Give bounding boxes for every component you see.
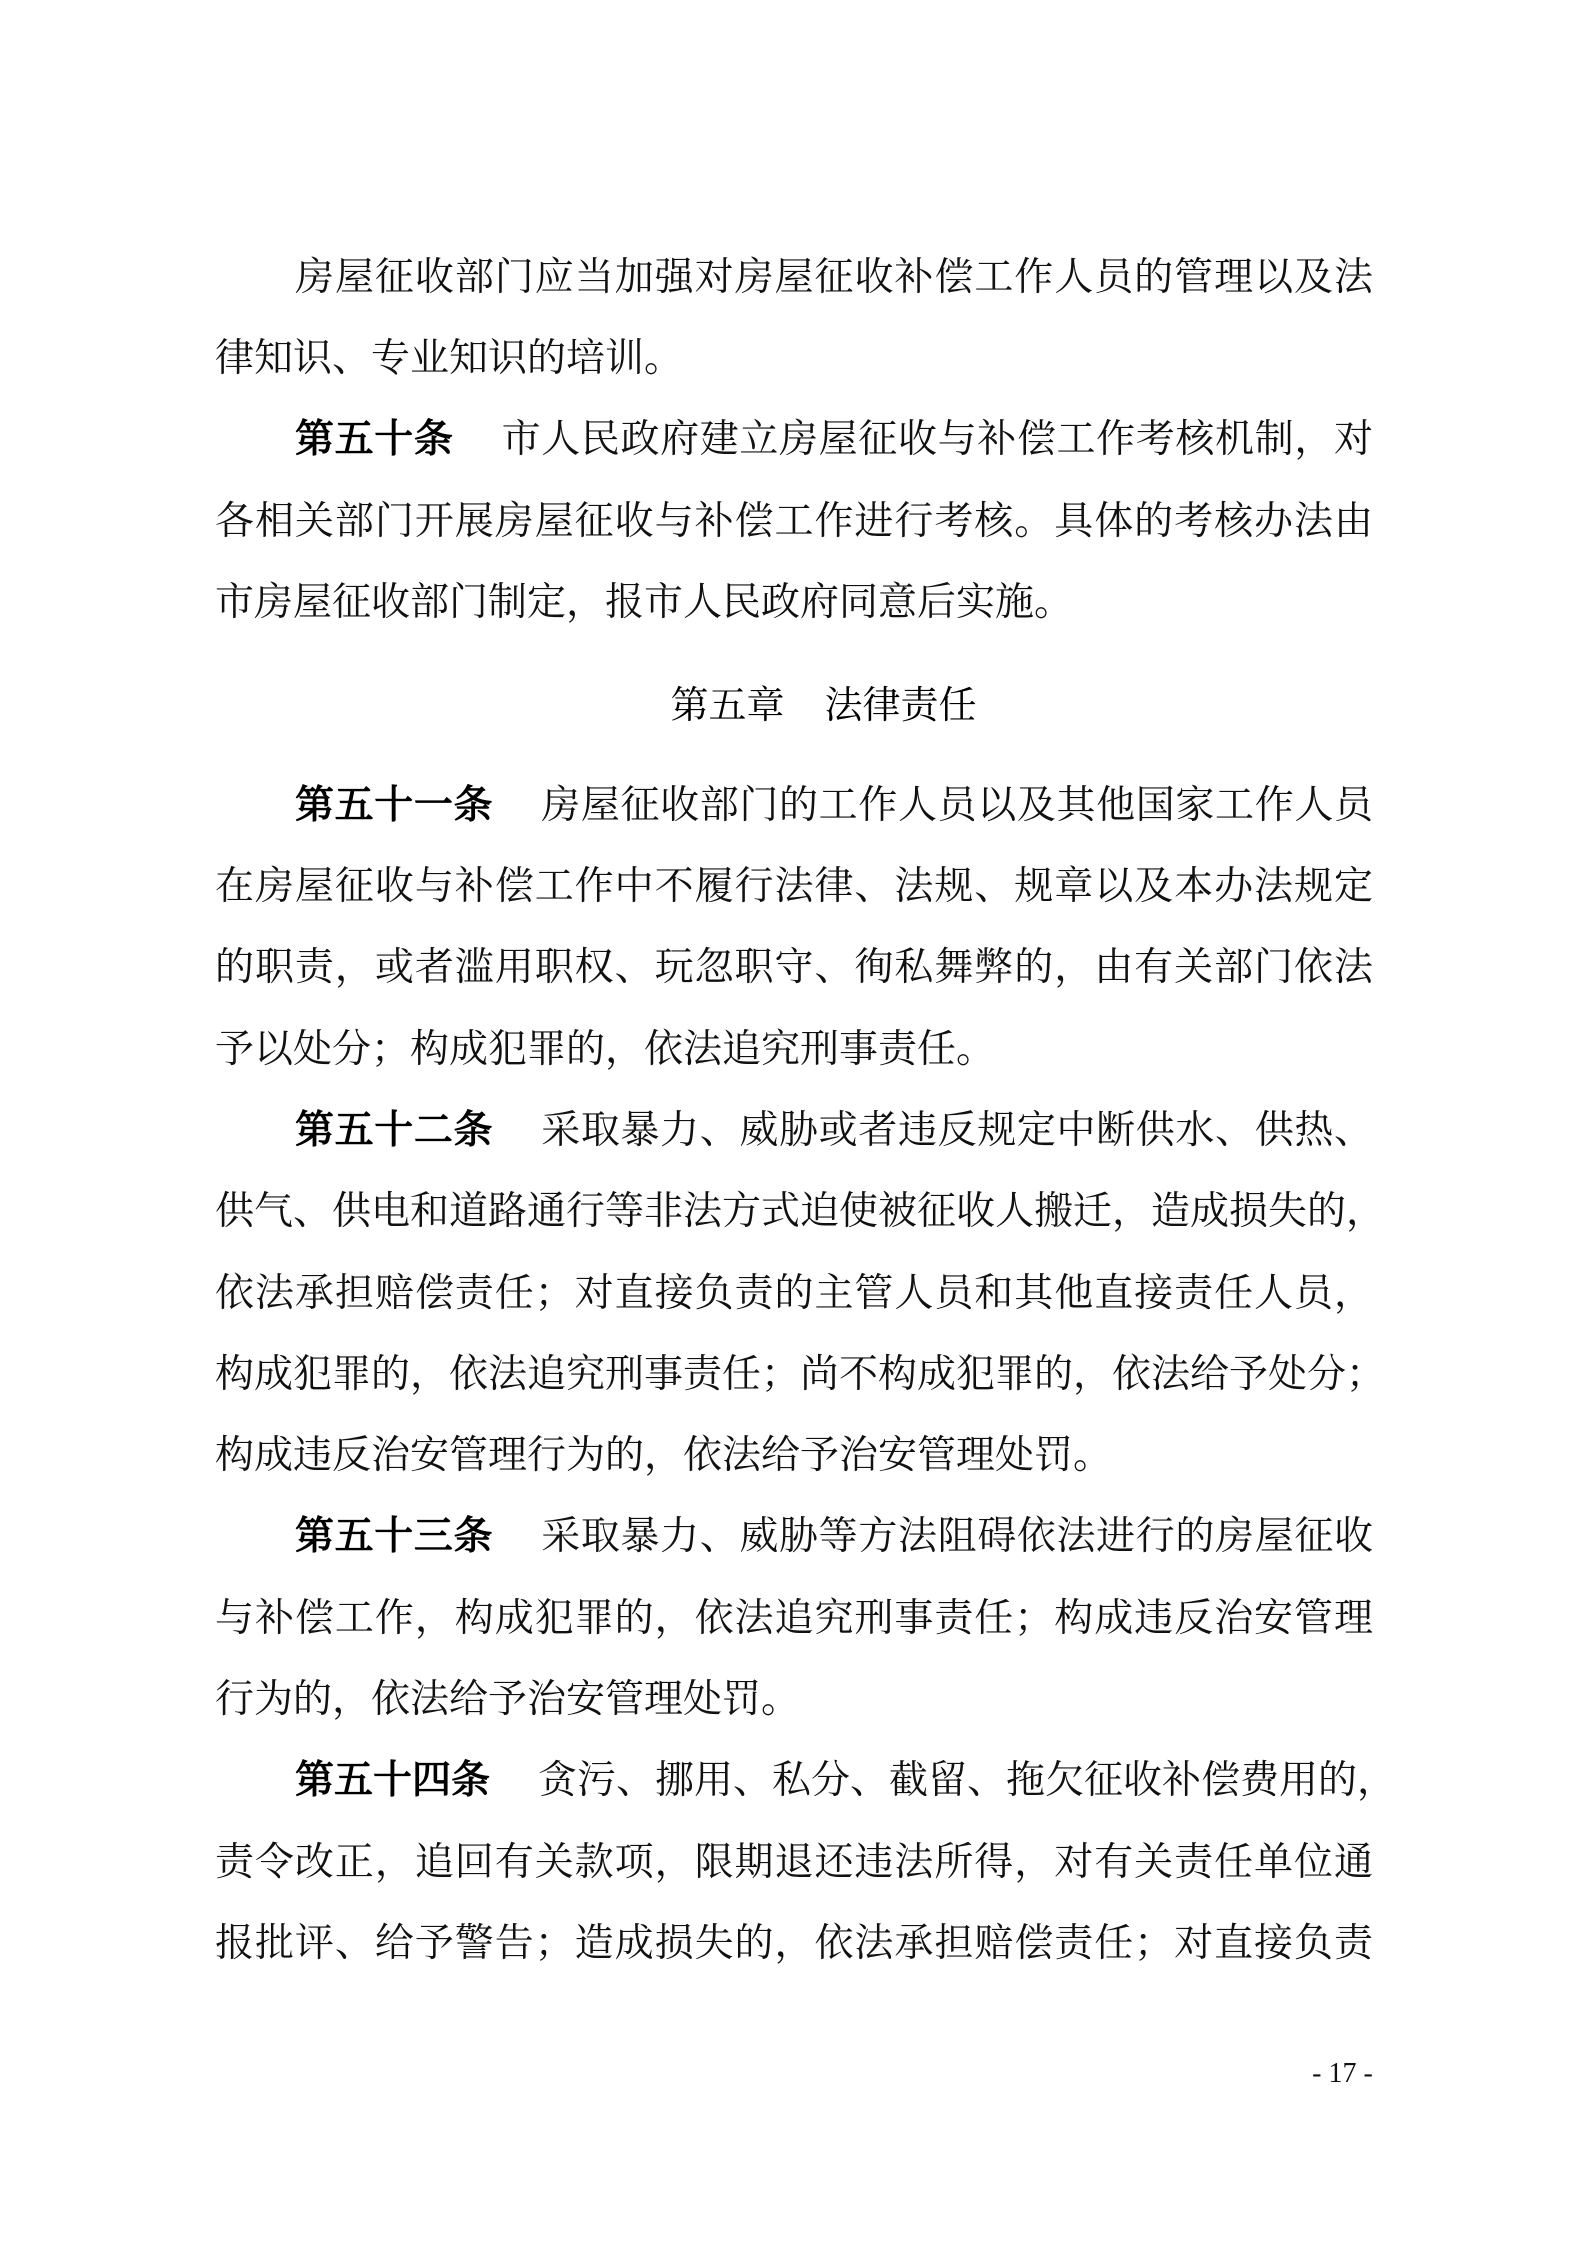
article-label: 第五十一条: [295, 783, 493, 828]
paragraph-line: 行为的，依法给予治安管理处罚。: [215, 1680, 1373, 1720]
line-text: 的职责，或者滥用职权、玩忽职守、徇私舞弊的，由有关部门依法: [215, 945, 1373, 990]
paragraph-line: 律知识、专业知识的培训。: [215, 339, 1373, 379]
line-text: 构成违反治安管理行为的，依法给予治安管理处罚。: [215, 1433, 1112, 1478]
document-page: 房屋征收部门应当加强对房屋征收补偿工作人员的管理以及法 律知识、专业知识的培训。…: [0, 0, 1587, 2245]
line-text: 予以处分；构成犯罪的，依法追究刑事责任。: [215, 1027, 995, 1072]
line-text: 供气、供电和道路通行等非法方式迫使被征收人搬迁，造成损失的，: [215, 1189, 1385, 1234]
article-51-first-line: 第五十一条房屋征收部门的工作人员以及其他国家工作人员: [295, 786, 1373, 826]
line-text: 市人民政府建立房屋征收与补偿工作考核机制，对: [502, 417, 1373, 462]
line-text: 责令改正，追回有关款项，限期退还违法所得，对有关责任单位通: [215, 1840, 1373, 1885]
paragraph-line: 构成违反治安管理行为的，依法给予治安管理处罚。: [215, 1436, 1373, 1476]
article-label: 第五十三条: [295, 1514, 493, 1559]
line-text: 贪污、挪用、私分、截留、拖欠征收补偿费用的，: [538, 1758, 1396, 1803]
paragraph-line: 供气、供电和道路通行等非法方式迫使被征收人搬迁，造成损失的，: [215, 1192, 1373, 1232]
line-text: 行为的，依法给予治安管理处罚。: [215, 1677, 800, 1722]
paragraph-line: 的职责，或者滥用职权、玩忽职守、徇私舞弊的，由有关部门依法: [215, 948, 1373, 988]
line-text: 律知识、专业知识的培训。: [215, 336, 683, 381]
paragraph-line: 责令改正，追回有关款项，限期退还违法所得，对有关责任单位通: [215, 1843, 1373, 1883]
line-text: 报批评、给予警告；造成损失的，依法承担赔偿责任；对直接负责: [215, 1921, 1373, 1966]
chapter-title: 法律责任: [825, 683, 977, 727]
paragraph-line: 各相关部门开展房屋征收与补偿工作进行考核。具体的考核办法由: [215, 502, 1373, 542]
paragraph-line: 在房屋征收与补偿工作中不履行法律、法规、规章以及本办法规定: [215, 867, 1373, 907]
article-label: 第五十条: [295, 417, 454, 462]
article-52-first-line: 第五十二条采取暴力、威胁或者违反规定中断供水、供热、: [295, 1111, 1373, 1151]
article-53-first-line: 第五十三条采取暴力、威胁等方法阻碍依法进行的房屋征收: [295, 1517, 1373, 1557]
line-text: 各相关部门开展房屋征收与补偿工作进行考核。具体的考核办法由: [215, 499, 1373, 544]
line-text: 采取暴力、威胁等方法阻碍依法进行的房屋征收: [541, 1514, 1373, 1559]
line-text: 市房屋征收部门制定，报市人民政府同意后实施。: [215, 580, 1073, 625]
paragraph-line: 房屋征收部门应当加强对房屋征收补偿工作人员的管理以及法: [295, 258, 1373, 298]
chapter-number: 第五章: [670, 683, 784, 727]
line-text: 房屋征收部门应当加强对房屋征收补偿工作人员的管理以及法: [295, 255, 1373, 300]
paragraph-line: 予以处分；构成犯罪的，依法追究刑事责任。: [215, 1030, 1373, 1070]
line-text: 采取暴力、威胁或者违反规定中断供水、供热、: [541, 1108, 1373, 1153]
page-number: - 17 -: [1300, 2058, 1385, 2090]
line-text: 构成犯罪的，依法追究刑事责任；尚不构成犯罪的，依法给予处分；: [215, 1352, 1385, 1397]
line-text: 在房屋征收与补偿工作中不履行法律、法规、规章以及本办法规定: [215, 864, 1373, 909]
line-text: 依法承担赔偿责任；对直接负责的主管人员和其他直接责任人员，: [215, 1271, 1373, 1316]
paragraph-line: 构成犯罪的，依法追究刑事责任；尚不构成犯罪的，依法给予处分；: [215, 1355, 1373, 1395]
line-text: 房屋征收部门的工作人员以及其他国家工作人员: [541, 783, 1373, 828]
article-54-first-line: 第五十四条贪污、挪用、私分、截留、拖欠征收补偿费用的，: [295, 1761, 1373, 1801]
article-50-first-line: 第五十条市人民政府建立房屋征收与补偿工作考核机制，对: [295, 420, 1373, 460]
chapter-heading: 第五章法律责任: [0, 683, 1587, 727]
line-text: 与补偿工作，构成犯罪的，依法追究刑事责任；构成违反治安管理: [215, 1596, 1373, 1641]
paragraph-line: 依法承担赔偿责任；对直接负责的主管人员和其他直接责任人员，: [215, 1274, 1373, 1314]
article-label: 第五十二条: [295, 1108, 493, 1153]
article-label: 第五十四条: [295, 1758, 490, 1803]
paragraph-line: 报批评、给予警告；造成损失的，依法承担赔偿责任；对直接负责: [215, 1924, 1373, 1964]
paragraph-line: 与补偿工作，构成犯罪的，依法追究刑事责任；构成违反治安管理: [215, 1599, 1373, 1639]
paragraph-line: 市房屋征收部门制定，报市人民政府同意后实施。: [215, 583, 1373, 623]
